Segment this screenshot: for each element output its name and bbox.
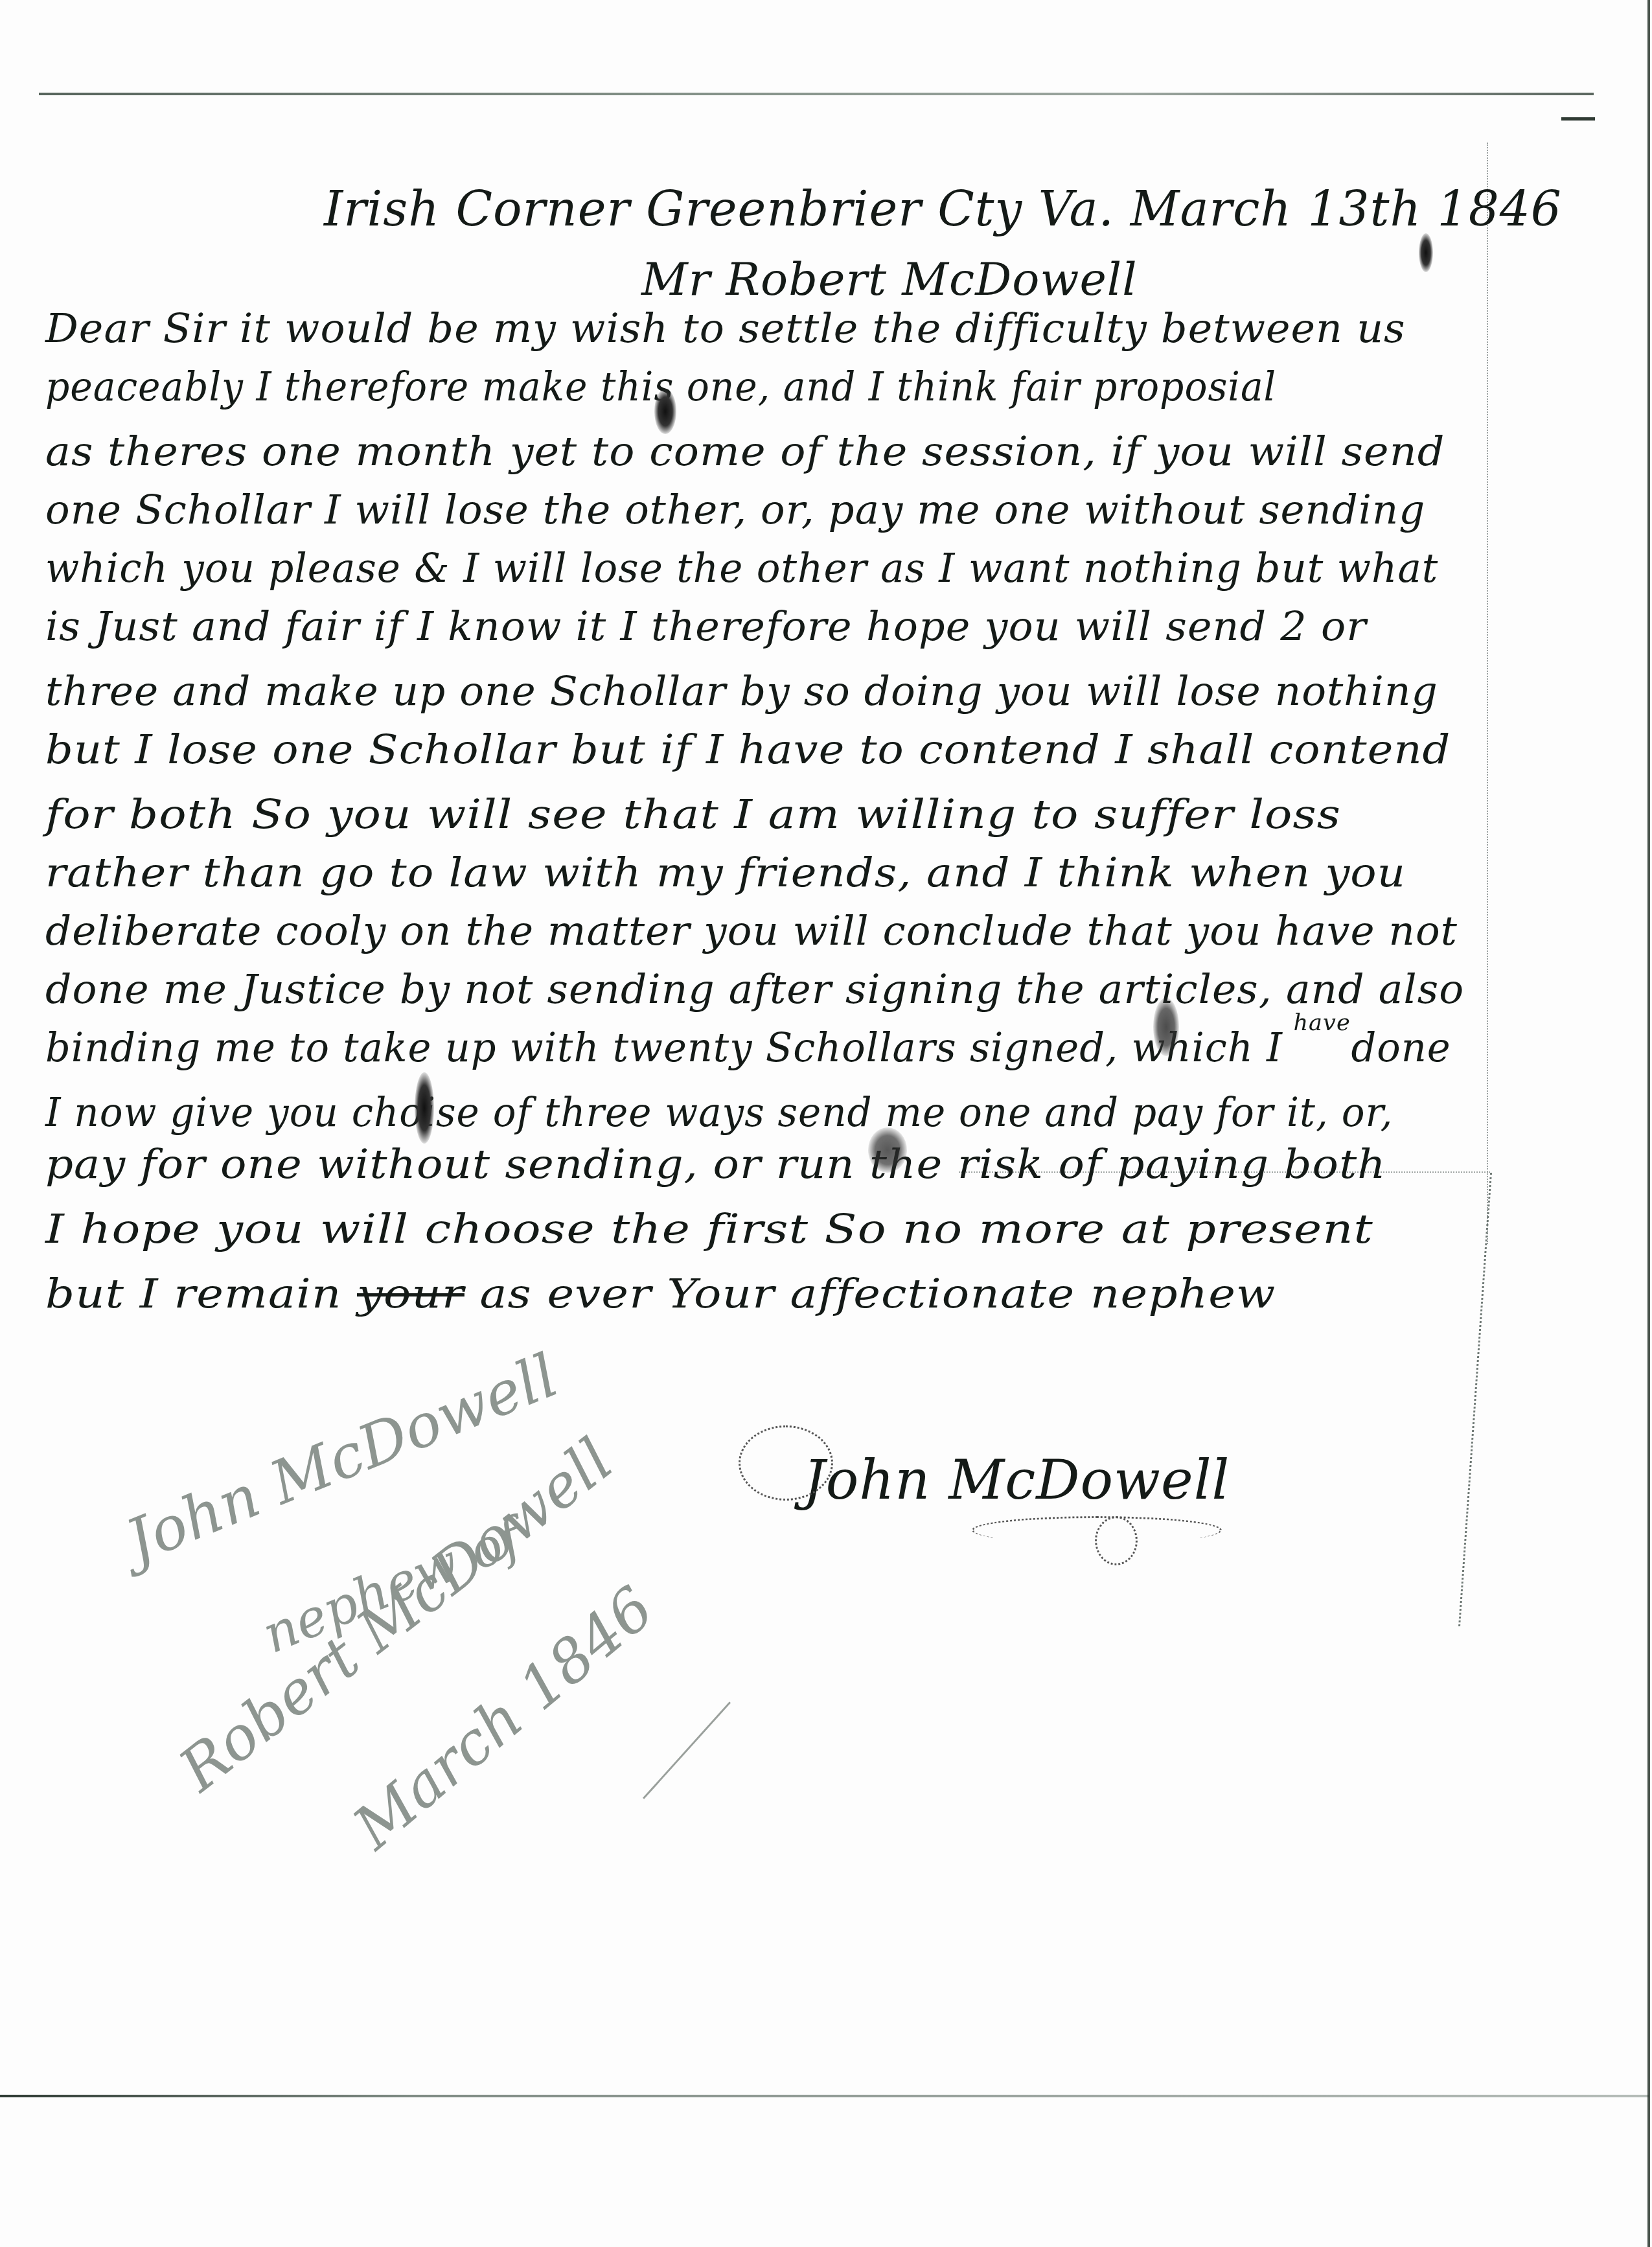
- letter-line: for both So you will see that I am willi…: [45, 790, 1341, 838]
- addressee-line: Mr Robert McDowell: [641, 253, 1138, 306]
- ink-blot: [1153, 998, 1179, 1056]
- ink-blot: [1419, 233, 1433, 272]
- top-right-mark: [1561, 117, 1595, 121]
- letter-line: which you please & I will lose the other…: [45, 544, 1438, 592]
- inserted-word: have: [1293, 1009, 1350, 1036]
- signature: John McDowell: [803, 1448, 1230, 1512]
- letter-line: is Just and fair if I know it I therefor…: [45, 603, 1367, 650]
- bottom-scan-rule: [0, 2095, 1649, 2097]
- letter-line: three and make up one Schollar by so doi…: [45, 667, 1438, 715]
- letter-line: binding me to take up with twenty Scholl…: [45, 1024, 1451, 1071]
- ink-blot: [654, 389, 676, 434]
- letter-line: one Schollar I will lose the other, or, …: [45, 486, 1425, 533]
- letter-line: Dear Sir it would be my wish to settle t…: [45, 305, 1406, 352]
- struck-word: your: [357, 1270, 465, 1317]
- letter-line: I hope you will choose the first So no m…: [45, 1205, 1373, 1252]
- right-scan-edge: [1647, 0, 1650, 2247]
- letter-line: deliberate cooly on the matter you will …: [45, 907, 1458, 954]
- letter-line: rather than go to law with my friends, a…: [45, 849, 1406, 896]
- place-date-line: Irish Corner Greenbrier Cty Va. March 13…: [324, 181, 1562, 237]
- ink-blot: [415, 1072, 434, 1144]
- fold-line-vertical: [1487, 143, 1489, 1244]
- signature-flourish-left: [739, 1425, 833, 1501]
- ink-blot: [868, 1127, 907, 1173]
- letter-line: done me Justice by not sending after sig…: [45, 965, 1464, 1013]
- letter-line: as theres one month yet to come of the s…: [45, 428, 1445, 475]
- letter-line: but I lose one Schollar but if I have to…: [45, 726, 1451, 773]
- letter-line: but I remain your as ever Your affection…: [45, 1270, 1276, 1317]
- letter-line: pay for one without sending, or run the …: [45, 1140, 1386, 1188]
- signature-loop: [1095, 1516, 1138, 1565]
- letter-line: I now give you choise of three ways send…: [45, 1089, 1393, 1136]
- top-scan-rule: [39, 93, 1594, 95]
